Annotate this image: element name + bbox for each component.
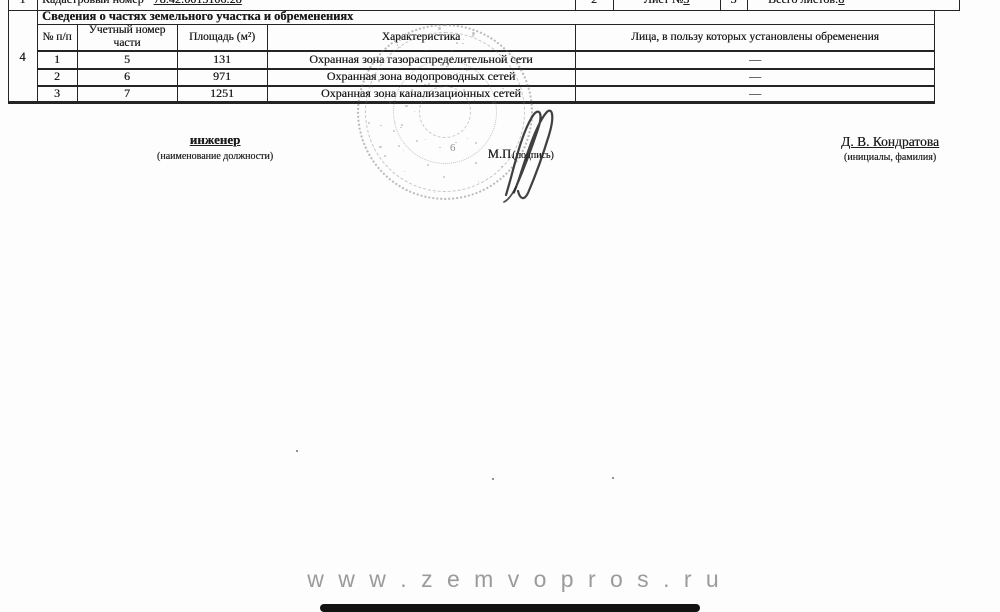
- stamp-speckle: [462, 74, 463, 75]
- row-persons: —: [575, 86, 935, 102]
- row-num: 1: [37, 51, 77, 68]
- header-col2-number: 2: [575, 0, 613, 8]
- stamp-speckle: [456, 42, 458, 44]
- stamp-speckle: [483, 61, 484, 62]
- total-sheets-value: 8: [838, 0, 844, 7]
- table-border-line: [613, 0, 614, 10]
- scan-speck: [492, 478, 494, 480]
- signature-position: инженер: [150, 133, 280, 148]
- stamp-speckle: [474, 102, 476, 104]
- bottom-black-bar: [320, 604, 700, 612]
- stamp-speckle: [463, 39, 464, 40]
- row-part-number: 6: [77, 69, 177, 85]
- stamp-speckle: [403, 150, 404, 151]
- scan-speck: [296, 450, 298, 452]
- cadastral-number-value: 78:42:0015106:28: [154, 0, 242, 7]
- stamp-speckle: [368, 122, 370, 124]
- stamp-speckle: [472, 35, 474, 37]
- col-header-area: Площадь (м²): [177, 24, 267, 50]
- stamp-speckle: [401, 124, 403, 126]
- stamp-speckle: [424, 84, 425, 85]
- stamp-speckle: [438, 27, 441, 30]
- stamp-speckle: [389, 101, 391, 103]
- section-title: Сведения о частях земельного участка и о…: [42, 10, 642, 24]
- row-area: 131: [177, 51, 267, 68]
- signatory-name: Д. В. Кондратова: [830, 134, 950, 150]
- total-sheets-label: Всего листов:: [768, 0, 838, 7]
- stamp-speckle: [378, 79, 381, 82]
- row-part-number: 7: [77, 86, 177, 102]
- cadastral-number-label: Кадастровый номер: [42, 0, 144, 7]
- row-num: 2: [37, 69, 77, 85]
- stamp-speckle: [411, 89, 413, 91]
- signatory-name-caption: (инициалы, фамилия): [830, 151, 950, 164]
- col-header-persons: Лица, в пользу которых установлены обрем…: [575, 24, 935, 50]
- handwritten-signature: [492, 103, 567, 203]
- stamp-speckle: [451, 50, 453, 52]
- stamp-center-ring: [419, 86, 471, 138]
- table-border-line: [720, 0, 721, 10]
- row-num: 3: [37, 86, 77, 102]
- row-persons: —: [575, 51, 935, 68]
- stamp-speckle: [475, 162, 477, 164]
- stamp-speckle: [440, 64, 442, 66]
- row-area: 1251: [177, 86, 267, 102]
- website-watermark: w w w . z e m v o p r o s . r u: [0, 566, 1000, 593]
- cadastral-number-cell: Кадастровый номер 78:42:0015106:28: [42, 0, 342, 8]
- row-persons: —: [575, 69, 935, 85]
- section-row-number: 4: [8, 49, 37, 67]
- stamp-speckle: [425, 139, 426, 140]
- scanned-document-page: 1 Кадастровый номер 78:42:0015106:28 2 Л…: [0, 0, 1000, 612]
- stamp-digit: 6: [450, 142, 456, 154]
- table-border-line: [575, 0, 576, 10]
- total-sheets-cell: Всего листов: 8: [768, 0, 958, 8]
- sheet-value: 3: [683, 0, 689, 7]
- stamp-speckle: [372, 86, 373, 87]
- col-header-part-number: Учетный номер части: [77, 24, 177, 50]
- stamp-speckle: [463, 89, 465, 91]
- row-part-number: 5: [77, 51, 177, 68]
- table-border-line: [747, 0, 748, 10]
- stamp-speckle: [425, 50, 426, 51]
- stamp-speckle: [384, 97, 386, 99]
- table-border-line: [959, 0, 960, 10]
- header-row-number: 1: [8, 0, 37, 8]
- sheet-number-cell: Лист № 3: [613, 0, 720, 8]
- sheet-label: Лист №: [644, 0, 684, 7]
- stamp-speckle: [406, 91, 408, 93]
- stamp-speckle: [402, 65, 403, 66]
- row-area: 971: [177, 69, 267, 85]
- col-header-num: № п/п: [37, 24, 77, 50]
- stamp-speckle: [399, 40, 400, 41]
- signature-position-caption: (наименование должности): [140, 150, 290, 163]
- stamp-speckle: [472, 32, 474, 34]
- scan-speck: [612, 477, 614, 479]
- header-col3-number: 3: [720, 0, 747, 8]
- stamp-speckle: [398, 145, 400, 147]
- stamp-speckle: [462, 68, 464, 70]
